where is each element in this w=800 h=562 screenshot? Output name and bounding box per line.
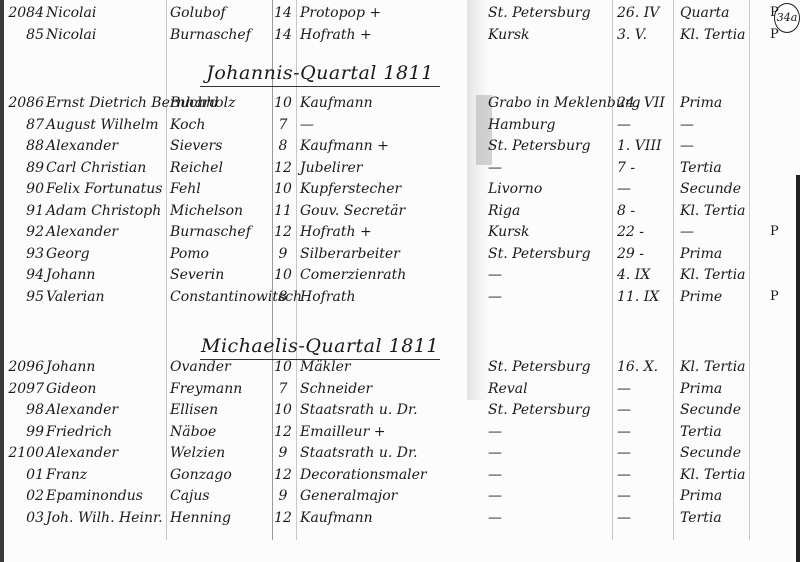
father-occupation: Decorationsmaler: [300, 464, 427, 486]
given-names: Epaminondus: [46, 485, 143, 507]
given-names: Nicolai: [46, 2, 96, 24]
age: 14: [272, 24, 294, 46]
entry-number: 87: [4, 114, 44, 136]
birthplace: —: [488, 485, 502, 507]
surname: Fehl: [170, 178, 201, 200]
surname: Golubof: [170, 2, 226, 24]
school-class: Kl. Tertia: [680, 264, 746, 286]
given-names: Johann: [46, 356, 95, 378]
entry-number: 2084: [4, 2, 44, 24]
school-class: Kl. Tertia: [680, 24, 746, 46]
register-row: 2096JohannOvander10MäklerSt. Petersburg1…: [0, 356, 800, 378]
birthplace: Kursk: [488, 24, 530, 46]
surname: Ellisen: [170, 399, 218, 421]
entry-number: 92: [4, 221, 44, 243]
entry-number: 02: [4, 485, 44, 507]
surname: Burnaschef: [170, 221, 251, 243]
school-class: Tertia: [680, 421, 722, 443]
given-names: Adam Christoph: [46, 200, 161, 222]
given-names: Johann: [46, 264, 95, 286]
entry-number: 93: [4, 243, 44, 265]
admission-date: 4. IX: [617, 264, 650, 286]
age: 10: [272, 399, 294, 421]
father-occupation: Generalmajor: [300, 485, 397, 507]
school-class: Secunde: [680, 442, 741, 464]
father-occupation: Protopop +: [300, 2, 381, 24]
school-class: —: [680, 221, 694, 243]
father-occupation: Jubelirer: [300, 157, 363, 179]
margin-mark: P: [770, 221, 779, 243]
school-class: Secunde: [680, 178, 741, 200]
entry-number: 85: [4, 24, 44, 46]
given-names: Alexander: [46, 399, 118, 421]
given-names: Friedrich: [46, 421, 112, 443]
father-occupation: Comerzienrath: [300, 264, 406, 286]
birthplace: St. Petersburg: [488, 399, 591, 421]
register-row: 2084NicolaiGolubof14Protopop +St. Peters…: [0, 2, 800, 24]
admission-date: 8 -: [617, 200, 635, 222]
surname: Gonzago: [170, 464, 232, 486]
entry-number: 91: [4, 200, 44, 222]
school-class: Prime: [680, 286, 722, 308]
father-occupation: Kupferstecher: [300, 178, 401, 200]
age: 12: [272, 421, 294, 443]
father-occupation: Gouv. Secretär: [300, 200, 405, 222]
admission-date: —: [617, 442, 631, 464]
birthplace: —: [488, 264, 502, 286]
entry-number: 94: [4, 264, 44, 286]
surname: Buchholz: [170, 92, 235, 114]
given-names: Felix Fortunatus: [46, 178, 162, 200]
given-names: Georg: [46, 243, 90, 265]
school-class: Kl. Tertia: [680, 356, 746, 378]
age: 9: [272, 442, 294, 464]
age: 10: [272, 356, 294, 378]
surname: Pomo: [170, 243, 209, 265]
entry-number: 2097: [4, 378, 44, 400]
register-row: 98AlexanderEllisen10Staatsrath u. Dr.St.…: [0, 399, 800, 421]
register-row: 87August WilhelmKoch7—Hamburg——: [0, 114, 800, 136]
school-class: Kl. Tertia: [680, 200, 746, 222]
entry-number: 89: [4, 157, 44, 179]
register-row: 90Felix FortunatusFehl10KupferstecherLiv…: [0, 178, 800, 200]
birthplace: Livorno: [488, 178, 542, 200]
surname: Henning: [170, 507, 231, 529]
birthplace: St. Petersburg: [488, 2, 591, 24]
admission-date: 7 -: [617, 157, 635, 179]
birthplace: St. Petersburg: [488, 135, 591, 157]
school-class: Prima: [680, 92, 722, 114]
birthplace: —: [488, 157, 502, 179]
admission-date: 26. IV: [617, 2, 659, 24]
age: 8: [272, 135, 294, 157]
age: 14: [272, 2, 294, 24]
birthplace: —: [488, 507, 502, 529]
given-names: August Wilhelm: [46, 114, 159, 136]
age: 9: [272, 485, 294, 507]
admission-date: 11. IX: [617, 286, 659, 308]
surname: Burnaschef: [170, 24, 251, 46]
register-row: 85NicolaiBurnaschef14Hofrath +Kursk3. V.…: [0, 24, 800, 46]
father-occupation: —: [300, 114, 314, 136]
school-class: Secunde: [680, 399, 741, 421]
register-row: 02EpaminondusCajus9Generalmajor——Prima: [0, 485, 800, 507]
register-page: 34a 2084NicolaiGolubof14Protopop +St. Pe…: [0, 0, 800, 562]
surname: Severin: [170, 264, 224, 286]
register-row: 94JohannSeverin10Comerzienrath—4. IXKl. …: [0, 264, 800, 286]
given-names: Gideon: [46, 378, 96, 400]
father-occupation: Hofrath +: [300, 24, 372, 46]
given-names: Carl Christian: [46, 157, 146, 179]
father-occupation: Kaufmann: [300, 92, 373, 114]
father-occupation: Kaufmann +: [300, 135, 389, 157]
register-row: 91Adam ChristophMichelson11Gouv. Secretä…: [0, 200, 800, 222]
register-row: 2100AlexanderWelzien9Staatsrath u. Dr.——…: [0, 442, 800, 464]
given-names: Joh. Wilh. Heinr.: [46, 507, 163, 529]
given-names: Valerian: [46, 286, 104, 308]
age: 10: [272, 92, 294, 114]
surname: Welzien: [170, 442, 225, 464]
entry-number: 2096: [4, 356, 44, 378]
surname: Cajus: [170, 485, 210, 507]
given-names: Alexander: [46, 135, 118, 157]
school-class: Tertia: [680, 507, 722, 529]
admission-date: —: [617, 421, 631, 443]
register-row: 99FriedrichNäboe12Emailleur +——Tertia: [0, 421, 800, 443]
age: 12: [272, 507, 294, 529]
school-class: Prima: [680, 243, 722, 265]
given-names: Alexander: [46, 221, 118, 243]
school-class: Quarta: [680, 2, 730, 24]
entry-number: 99: [4, 421, 44, 443]
given-names: Nicolai: [46, 24, 96, 46]
entry-number: 03: [4, 507, 44, 529]
register-row: 89Carl ChristianReichel12Jubelirer—7 -Te…: [0, 157, 800, 179]
register-row: 88AlexanderSievers8Kaufmann +St. Petersb…: [0, 135, 800, 157]
admission-date: —: [617, 485, 631, 507]
margin-mark: P: [770, 2, 779, 24]
age: 9: [272, 243, 294, 265]
surname: Sievers: [170, 135, 222, 157]
register-row: 2086Ernst Dietrich BernhardBuchholz10Kau…: [0, 92, 800, 114]
father-occupation: Mäkler: [300, 356, 351, 378]
margin-mark: P: [770, 286, 779, 308]
admission-date: —: [617, 399, 631, 421]
register-row: 93GeorgPomo9SilberarbeiterSt. Petersburg…: [0, 243, 800, 265]
register-row: 01FranzGonzago12Decorationsmaler——Kl. Te…: [0, 464, 800, 486]
register-row: 95ValerianConstantinowitsch8Hofrath—11. …: [0, 286, 800, 308]
birthplace: Kursk: [488, 221, 530, 243]
age: 12: [272, 464, 294, 486]
school-class: Kl. Tertia: [680, 464, 746, 486]
entry-number: 90: [4, 178, 44, 200]
age: 7: [272, 378, 294, 400]
school-class: Prima: [680, 378, 722, 400]
admission-date: 22 -: [617, 221, 644, 243]
admission-date: 29 -: [617, 243, 644, 265]
birthplace: St. Petersburg: [488, 243, 591, 265]
surname: Freymann: [170, 378, 242, 400]
father-occupation: Hofrath: [300, 286, 356, 308]
school-class: Prima: [680, 485, 722, 507]
age: 11: [272, 200, 294, 222]
register-row: 2097GideonFreymann7SchneiderReval—Prima: [0, 378, 800, 400]
admission-date: 24. VII: [617, 92, 665, 114]
margin-mark: P: [770, 24, 779, 46]
father-occupation: Staatsrath u. Dr.: [300, 399, 418, 421]
age: 10: [272, 178, 294, 200]
age: 12: [272, 221, 294, 243]
entry-number: 98: [4, 399, 44, 421]
entry-number: 2100: [4, 442, 44, 464]
age: 8: [272, 286, 294, 308]
age: 10: [272, 264, 294, 286]
school-class: —: [680, 114, 694, 136]
entry-number: 88: [4, 135, 44, 157]
father-occupation: Kaufmann: [300, 507, 373, 529]
admission-date: —: [617, 507, 631, 529]
father-occupation: Hofrath +: [300, 221, 372, 243]
birthplace: St. Petersburg: [488, 356, 591, 378]
school-class: Tertia: [680, 157, 722, 179]
entry-number: 2086: [4, 92, 44, 114]
age: 12: [272, 157, 294, 179]
register-row: 03Joh. Wilh. Heinr.Henning12Kaufmann——Te…: [0, 507, 800, 529]
surname: Michelson: [170, 200, 243, 222]
admission-date: 1. VIII: [617, 135, 662, 157]
admission-date: 16. X.: [617, 356, 658, 378]
birthplace: Hamburg: [488, 114, 555, 136]
given-names: Franz: [46, 464, 87, 486]
surname: Näboe: [170, 421, 216, 443]
birthplace: —: [488, 286, 502, 308]
birthplace: —: [488, 442, 502, 464]
register-row: 92AlexanderBurnaschef12Hofrath +Kursk22 …: [0, 221, 800, 243]
section-heading: Johannis-Quartal 1811: [200, 60, 440, 87]
admission-date: 3. V.: [617, 24, 647, 46]
surname: Koch: [170, 114, 205, 136]
entry-number: 95: [4, 286, 44, 308]
surname: Ovander: [170, 356, 231, 378]
entry-number: 01: [4, 464, 44, 486]
admission-date: —: [617, 464, 631, 486]
birthplace: Riga: [488, 200, 520, 222]
father-occupation: Schneider: [300, 378, 372, 400]
school-class: —: [680, 135, 694, 157]
admission-date: —: [617, 114, 631, 136]
admission-date: —: [617, 178, 631, 200]
father-occupation: Emailleur +: [300, 421, 385, 443]
father-occupation: Staatsrath u. Dr.: [300, 442, 418, 464]
surname: Reichel: [170, 157, 223, 179]
age: 7: [272, 114, 294, 136]
birthplace: —: [488, 464, 502, 486]
given-names: Alexander: [46, 442, 118, 464]
birthplace: Reval: [488, 378, 528, 400]
birthplace: —: [488, 421, 502, 443]
father-occupation: Silberarbeiter: [300, 243, 400, 265]
admission-date: —: [617, 378, 631, 400]
